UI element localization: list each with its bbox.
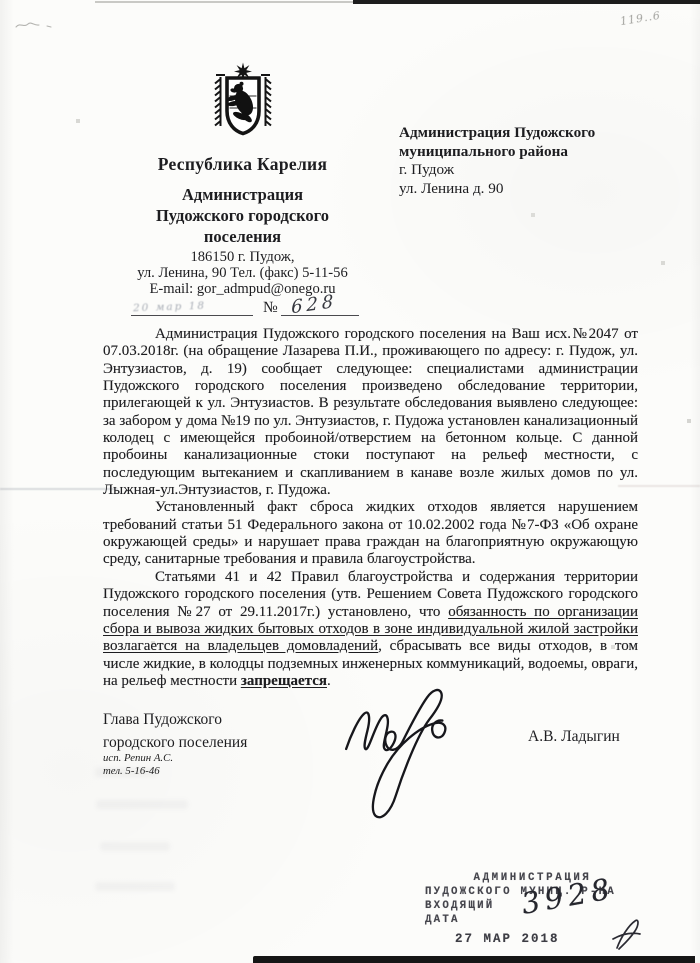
paragraph-2: Установленный факт сброса жидких отходов… (103, 499, 638, 568)
scanned-letter-page: 119..6 (0, 0, 700, 963)
scan-edge-top-light (95, 1, 353, 3)
executor-name: исп. Репин А.С. (103, 752, 173, 765)
scan-edge-top (353, 0, 700, 4)
scan-bleedthrough-mark (96, 800, 188, 809)
addressee-line: ул. Ленина д. 90 (399, 180, 649, 199)
paragraph-3-text: . (327, 673, 331, 689)
pencil-squiggle-icon (14, 18, 56, 32)
handwritten-incoming-number: 3928 (520, 881, 615, 911)
signer-position-line: городского поселения (103, 732, 247, 755)
paragraph-1: Администрация Пудожского городского посе… (103, 326, 638, 499)
pencil-note: 119..6 (619, 9, 662, 28)
sender-org-name: Администрация Пудожского городского посе… (95, 184, 390, 247)
org-name-line: Администрация (95, 184, 390, 205)
letterhead-sender-block: Республика Карелия Администрация Пудожск… (95, 62, 390, 321)
addressee-block: Администрация Пудожского муниципального … (399, 123, 649, 198)
scan-bleedthrough-mark (100, 842, 170, 851)
address-line: E-mail: gor_admpud@onego.ru (95, 281, 390, 297)
stamp-date-value: 27 МАР 2018 (455, 932, 560, 946)
address-line: 186150 г. Пудож, (95, 249, 390, 265)
paragraph-3-bold-underlined-text: запрещается (241, 673, 327, 689)
org-name-line: Пудожского городского (95, 205, 390, 226)
number-sign: № (263, 299, 278, 317)
signer-position: Глава Пудожского городского поселения (103, 709, 247, 754)
paragraph-3: Статьями 41 и 42 Правил благоустройства … (103, 569, 638, 690)
date-underline (131, 315, 253, 316)
letter-body: Администрация Пудожского городского посе… (103, 326, 638, 690)
org-name-line: поселения (95, 226, 390, 247)
handwritten-signature-icon (336, 686, 488, 820)
outgoing-date-line: 20 мар 18 № 628 (95, 299, 390, 321)
addressee-line: Администрация Пудожского (399, 123, 649, 142)
handwritten-initial-icon (610, 918, 644, 954)
scan-edge-bottom (253, 956, 695, 963)
signer-position-line: Глава Пудожского (103, 709, 247, 732)
signer-name: А.В. Ладыгин (528, 728, 620, 746)
scan-speckles (0, 0, 2, 2)
karelia-coat-of-arms-icon (212, 62, 274, 140)
executor-phone: тел. 5-16-46 (103, 765, 173, 778)
region-title: Республика Карелия (95, 154, 390, 175)
handwritten-date: 20 мар 18 (133, 299, 206, 314)
scan-bleedthrough-mark (95, 882, 175, 891)
scan-fold-line (0, 488, 118, 490)
address-line: ул. Ленина, 90 Тел. (факс) 5-11-56 (95, 265, 390, 281)
addressee-line: муниципального района (399, 142, 649, 161)
sender-address: 186150 г. Пудож, ул. Ленина, 90 Тел. (фа… (95, 249, 390, 298)
addressee-line: г. Пудож (399, 161, 649, 180)
executor-note: исп. Репин А.С. тел. 5-16-46 (103, 752, 173, 778)
incoming-stamp: АДМИНИСТРАЦИЯ ПУДОЖСКОГО МУНИЦ. Р-НА ВХО… (425, 871, 640, 927)
